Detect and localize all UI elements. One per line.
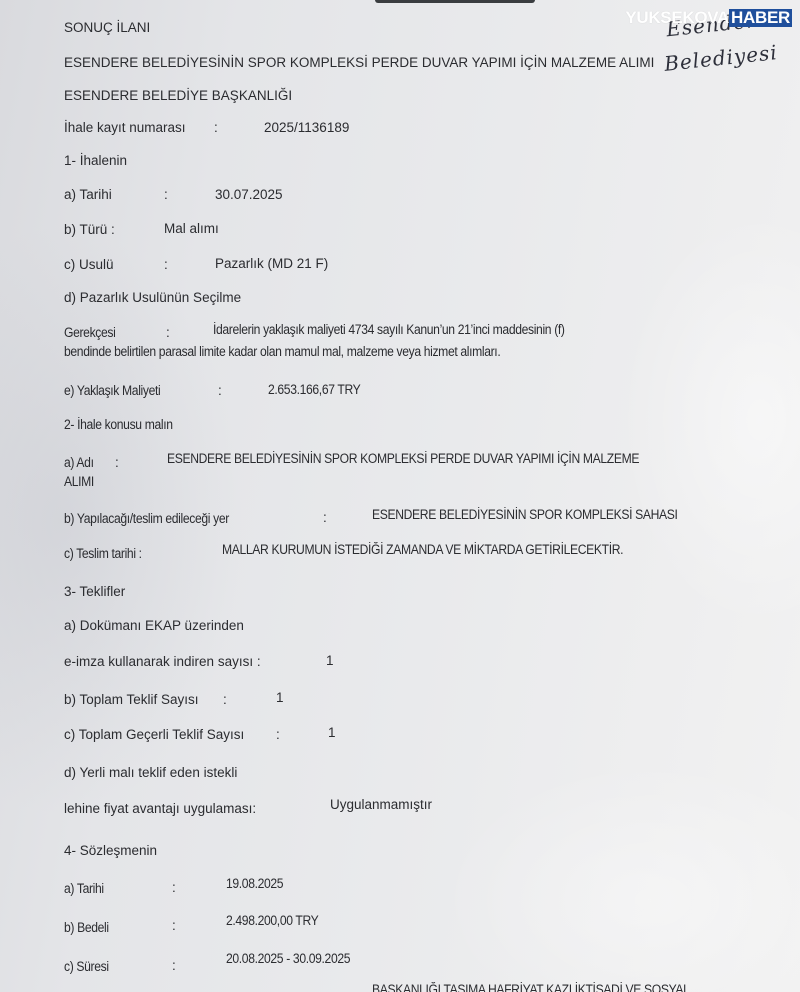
section1-heading: 1- İhalenin (64, 153, 127, 169)
domestic-label-line2: lehine fiyat avantajı uygulaması: (64, 801, 256, 817)
delivery-place-value: ESENDERE BELEDİYESİNİN SPOR KOMPLEKSİ SA… (372, 507, 678, 523)
contract-price-colon: : (172, 918, 176, 934)
downloads-label-line1: a) Dokümanı EKAP üzerinden (64, 618, 244, 634)
total-bids-value: 1 (276, 690, 284, 706)
selection-label: d) Pazarlık Usulünün Seçilme (64, 290, 241, 306)
contract-price-label: b) Bedeli (64, 920, 109, 936)
delivery-date-label: c) Teslim tarihi : (64, 546, 142, 562)
contract-duration-label: c) Süresi (64, 959, 109, 975)
watermark-logo: YUKSEKOVAHABER (625, 9, 792, 27)
reason-colon: : (166, 325, 170, 341)
downloads-value: 1 (326, 653, 334, 669)
tender-date-value: 30.07.2025 (215, 187, 283, 203)
delivery-place-colon: : (323, 510, 327, 526)
reason-text-line1: İdarelerin yaklaşık maliyeti 4734 sayılı… (213, 322, 565, 338)
watermark-part1: YUKSEKOVA (625, 9, 729, 27)
item-name-value-line2: ALIMI (64, 474, 94, 490)
valid-bids-colon: : (276, 727, 280, 743)
contract-price-value: 2.498.200,00 TRY (226, 913, 318, 929)
document-subject: ESENDERE BELEDİYESİNİN SPOR KOMPLEKSİ PE… (64, 55, 654, 71)
document-page: SONUÇ İLANI ESENDERE BELEDİYESİNİN SPOR … (0, 0, 800, 992)
contract-duration-value: 20.08.2025 - 30.09.2025 (226, 951, 350, 967)
domestic-value: Uygulanmamıştır (330, 797, 432, 813)
estimated-cost-label: e) Yaklaşık Maliyeti (64, 383, 160, 399)
procedure-value: Pazarlık (MD 21 F) (215, 256, 328, 272)
reason-text-line2: bendinde belirtilen parasal limite kadar… (64, 344, 500, 360)
tender-type-label: b) Türü : (64, 222, 115, 238)
contract-date-colon: : (172, 880, 176, 896)
registration-label: İhale kayıt numarası (64, 120, 186, 136)
watermark-part2: HABER (729, 9, 792, 27)
document-title: SONUÇ İLANI (64, 20, 150, 36)
domestic-label-line1: d) Yerli malı teklif eden istekli (64, 765, 237, 781)
item-name-value-line1: ESENDERE BELEDİYESİNİN SPOR KOMPLEKSİ PE… (167, 451, 639, 467)
tender-type-value: Mal alımı (164, 221, 219, 237)
downloads-label-line2: e-imza kullanarak indiren sayısı : (64, 654, 261, 670)
item-name-colon: : (115, 455, 119, 471)
contract-date-label: a) Tarihi (64, 881, 104, 897)
procedure-label: c) Usulü (64, 257, 114, 273)
estimated-cost-value: 2.653.166,67 TRY (268, 382, 360, 398)
contract-duration-colon: : (172, 958, 176, 974)
registration-number: 2025/1136189 (264, 120, 349, 136)
contracting-authority: ESENDERE BELEDİYE BAŞKANLIĞI (64, 88, 292, 104)
section4-heading: 4- Sözleşmenin (64, 843, 157, 859)
delivery-place-label: b) Yapılacağı/teslim edileceği yer (64, 511, 229, 527)
cutoff-text-line: BAŞKANLIĞI TAŞIMA HAFRİYAT KAZI İKTİSADİ… (372, 982, 690, 992)
registration-colon: : (214, 120, 218, 136)
total-bids-label: b) Toplam Teklif Sayısı (64, 692, 199, 708)
total-bids-colon: : (223, 692, 227, 708)
section3-heading: 3- Teklifler (64, 584, 125, 600)
delivery-date-value: MALLAR KURUMUN İSTEDİĞİ ZAMANDA VE MİKTA… (222, 542, 623, 558)
reason-label: Gerekçesi (64, 325, 115, 341)
tender-date-colon: : (164, 187, 168, 203)
tender-date-label: a) Tarihi (64, 187, 112, 203)
contract-date-value: 19.08.2025 (226, 876, 283, 892)
procedure-colon: : (164, 257, 168, 273)
estimated-cost-colon: : (218, 383, 222, 399)
section2-heading: 2- İhale konusu malın (64, 417, 173, 433)
valid-bids-value: 1 (328, 725, 336, 741)
item-name-label: a) Adı (64, 455, 94, 471)
valid-bids-label: c) Toplam Geçerli Teklif Sayısı (64, 727, 244, 743)
